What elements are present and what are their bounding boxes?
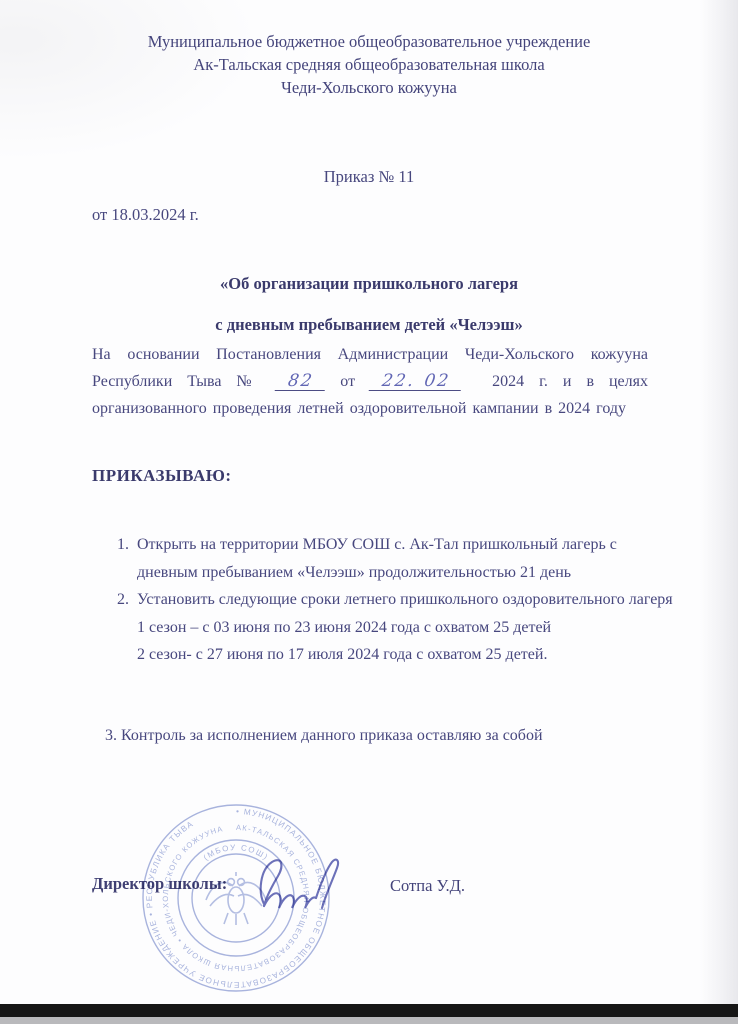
institution-header: Муниципальное бюджетное общеобразователь… bbox=[0, 30, 738, 99]
order-title-line-1: «Об организации пришкольного лагеря bbox=[0, 274, 738, 294]
directive-1-text: Открыть на территории МБОУ СОШ с. Ак-Тал… bbox=[137, 536, 617, 581]
signee-name: Сотпа У.Д. bbox=[390, 876, 465, 896]
directive-2-text: Установить следующие сроки летнего пришк… bbox=[137, 591, 673, 608]
order-title-line-2: с дневным пребыванием детей «Челээш» bbox=[0, 315, 738, 335]
institution-line-1: Муниципальное бюджетное общеобразователь… bbox=[0, 30, 738, 53]
svg-text:• МУНИЦИПАЛЬНОЕ БЮДЖЕТНОЕ ОБЩЕ: • МУНИЦИПАЛЬНОЕ БЮДЖЕТНОЕ ОБЩЕОБРАЗОВАТЕ… bbox=[145, 807, 327, 989]
control-clause: 3. Контроль за исполнением данного прика… bbox=[105, 727, 665, 745]
paper-sheet: Муниципальное бюджетное общеобразователь… bbox=[0, 0, 738, 1004]
institution-line-2: Ак-Тальская средняя общеобразовательная … bbox=[0, 53, 738, 76]
scan-background-strip bbox=[0, 1017, 738, 1024]
order-number: Приказ № 11 bbox=[0, 167, 738, 187]
directive-item-2: Установить следующие сроки летнего пришк… bbox=[133, 586, 678, 669]
handwritten-order-number: 82 bbox=[274, 372, 326, 391]
resolve-word: ПРИКАЗЫВАЮ: bbox=[92, 466, 232, 486]
seal-outer-ring-text: • МУНИЦИПАЛЬНОЕ БЮДЖЕТНОЕ ОБЩЕОБРАЗОВАТЕ… bbox=[145, 807, 327, 989]
scanned-order-document: Муниципальное бюджетное общеобразователь… bbox=[0, 0, 738, 1024]
seal-eagle-emblem bbox=[206, 872, 266, 925]
scan-edge-artifact bbox=[0, 1004, 738, 1017]
order-date: от 18.03.2024 г. bbox=[92, 205, 199, 225]
basis-paragraph: На основании Постановления Администрации… bbox=[92, 341, 648, 422]
official-seal-icon: • МУНИЦИПАЛЬНОЕ БЮДЖЕТНОЕ ОБЩЕОБРАЗОВАТЕ… bbox=[138, 800, 334, 996]
directives-list: Открыть на территории МБОУ СОШ с. Ак-Тал… bbox=[105, 531, 678, 669]
season-line-2: 2 сезон- с 27 июня по 17 июля 2024 года … bbox=[137, 641, 678, 669]
directive-item-1: Открыть на территории МБОУ СОШ с. Ак-Тал… bbox=[133, 531, 678, 586]
institution-line-3: Чеди-Хольского кожууна bbox=[0, 76, 738, 99]
season-line-1: 1 сезон – с 03 июня по 23 июня 2024 года… bbox=[137, 614, 678, 642]
basis-text-2: от bbox=[325, 373, 370, 390]
handwritten-date: 22. 02 bbox=[369, 372, 464, 391]
